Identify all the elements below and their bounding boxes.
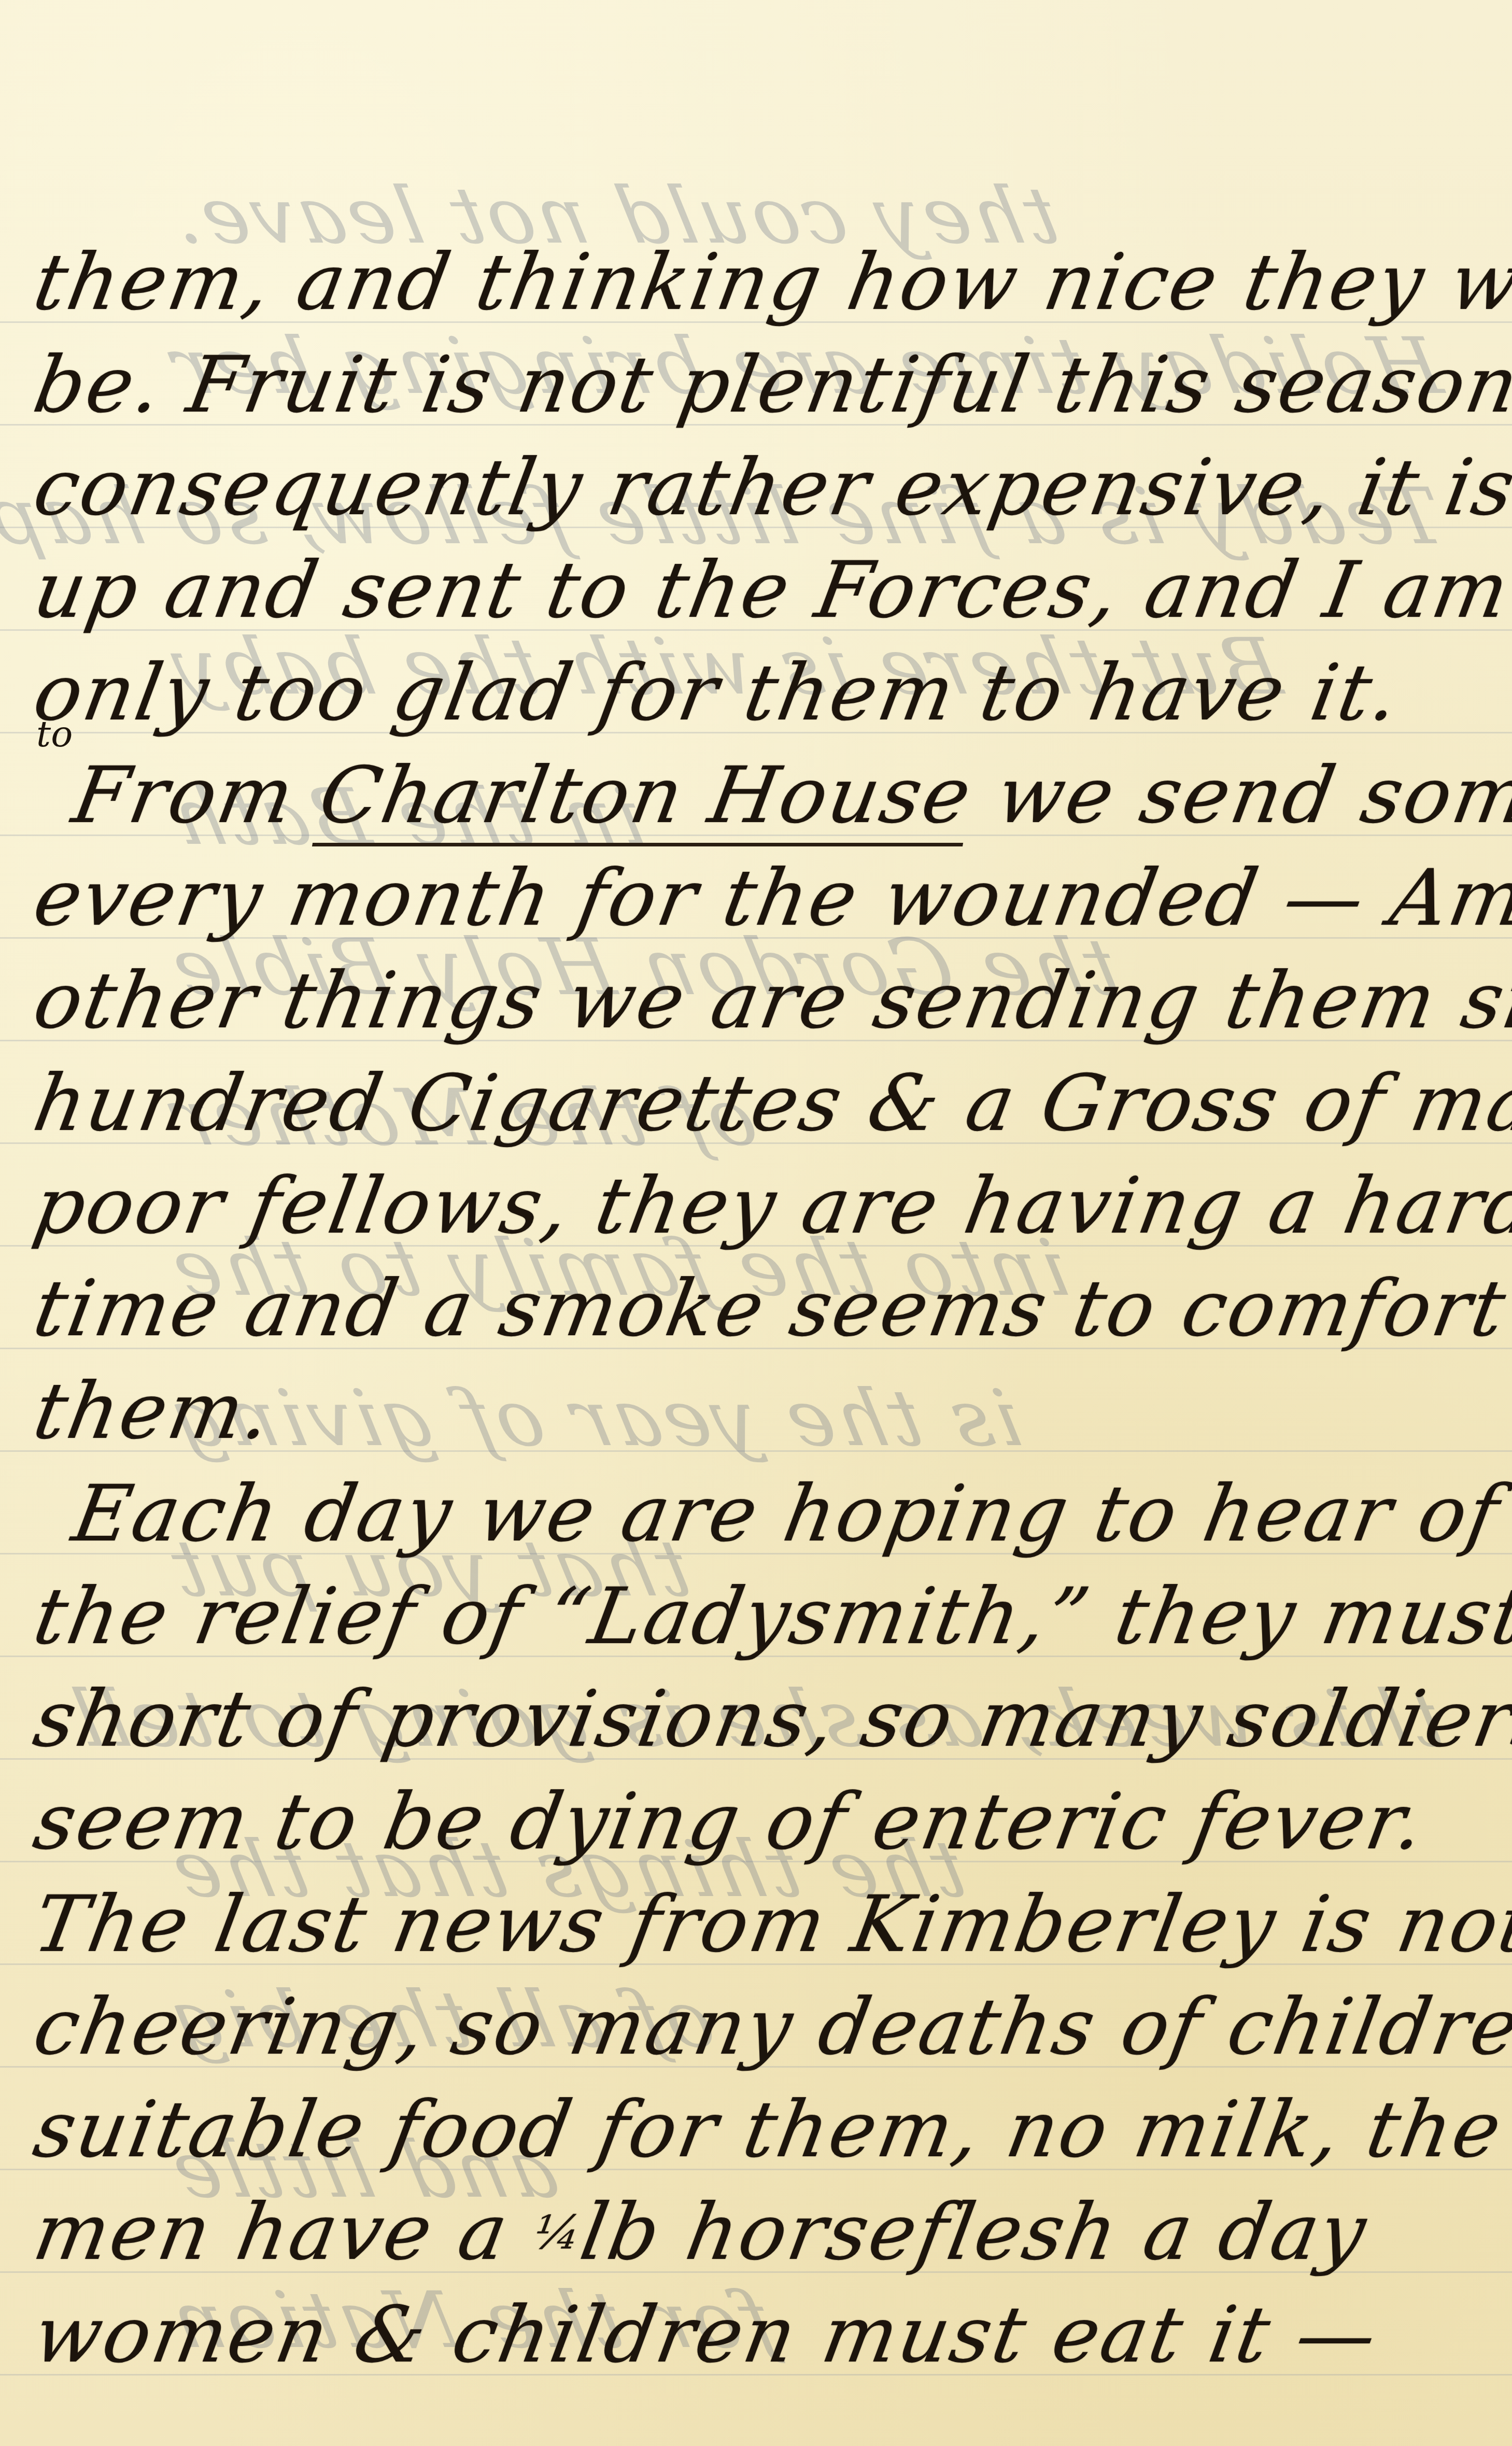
handwritten-text-continued: [0, 0, 1512, 2446]
letter-page: they could not leave. Holiday time are b…: [0, 0, 1512, 2446]
